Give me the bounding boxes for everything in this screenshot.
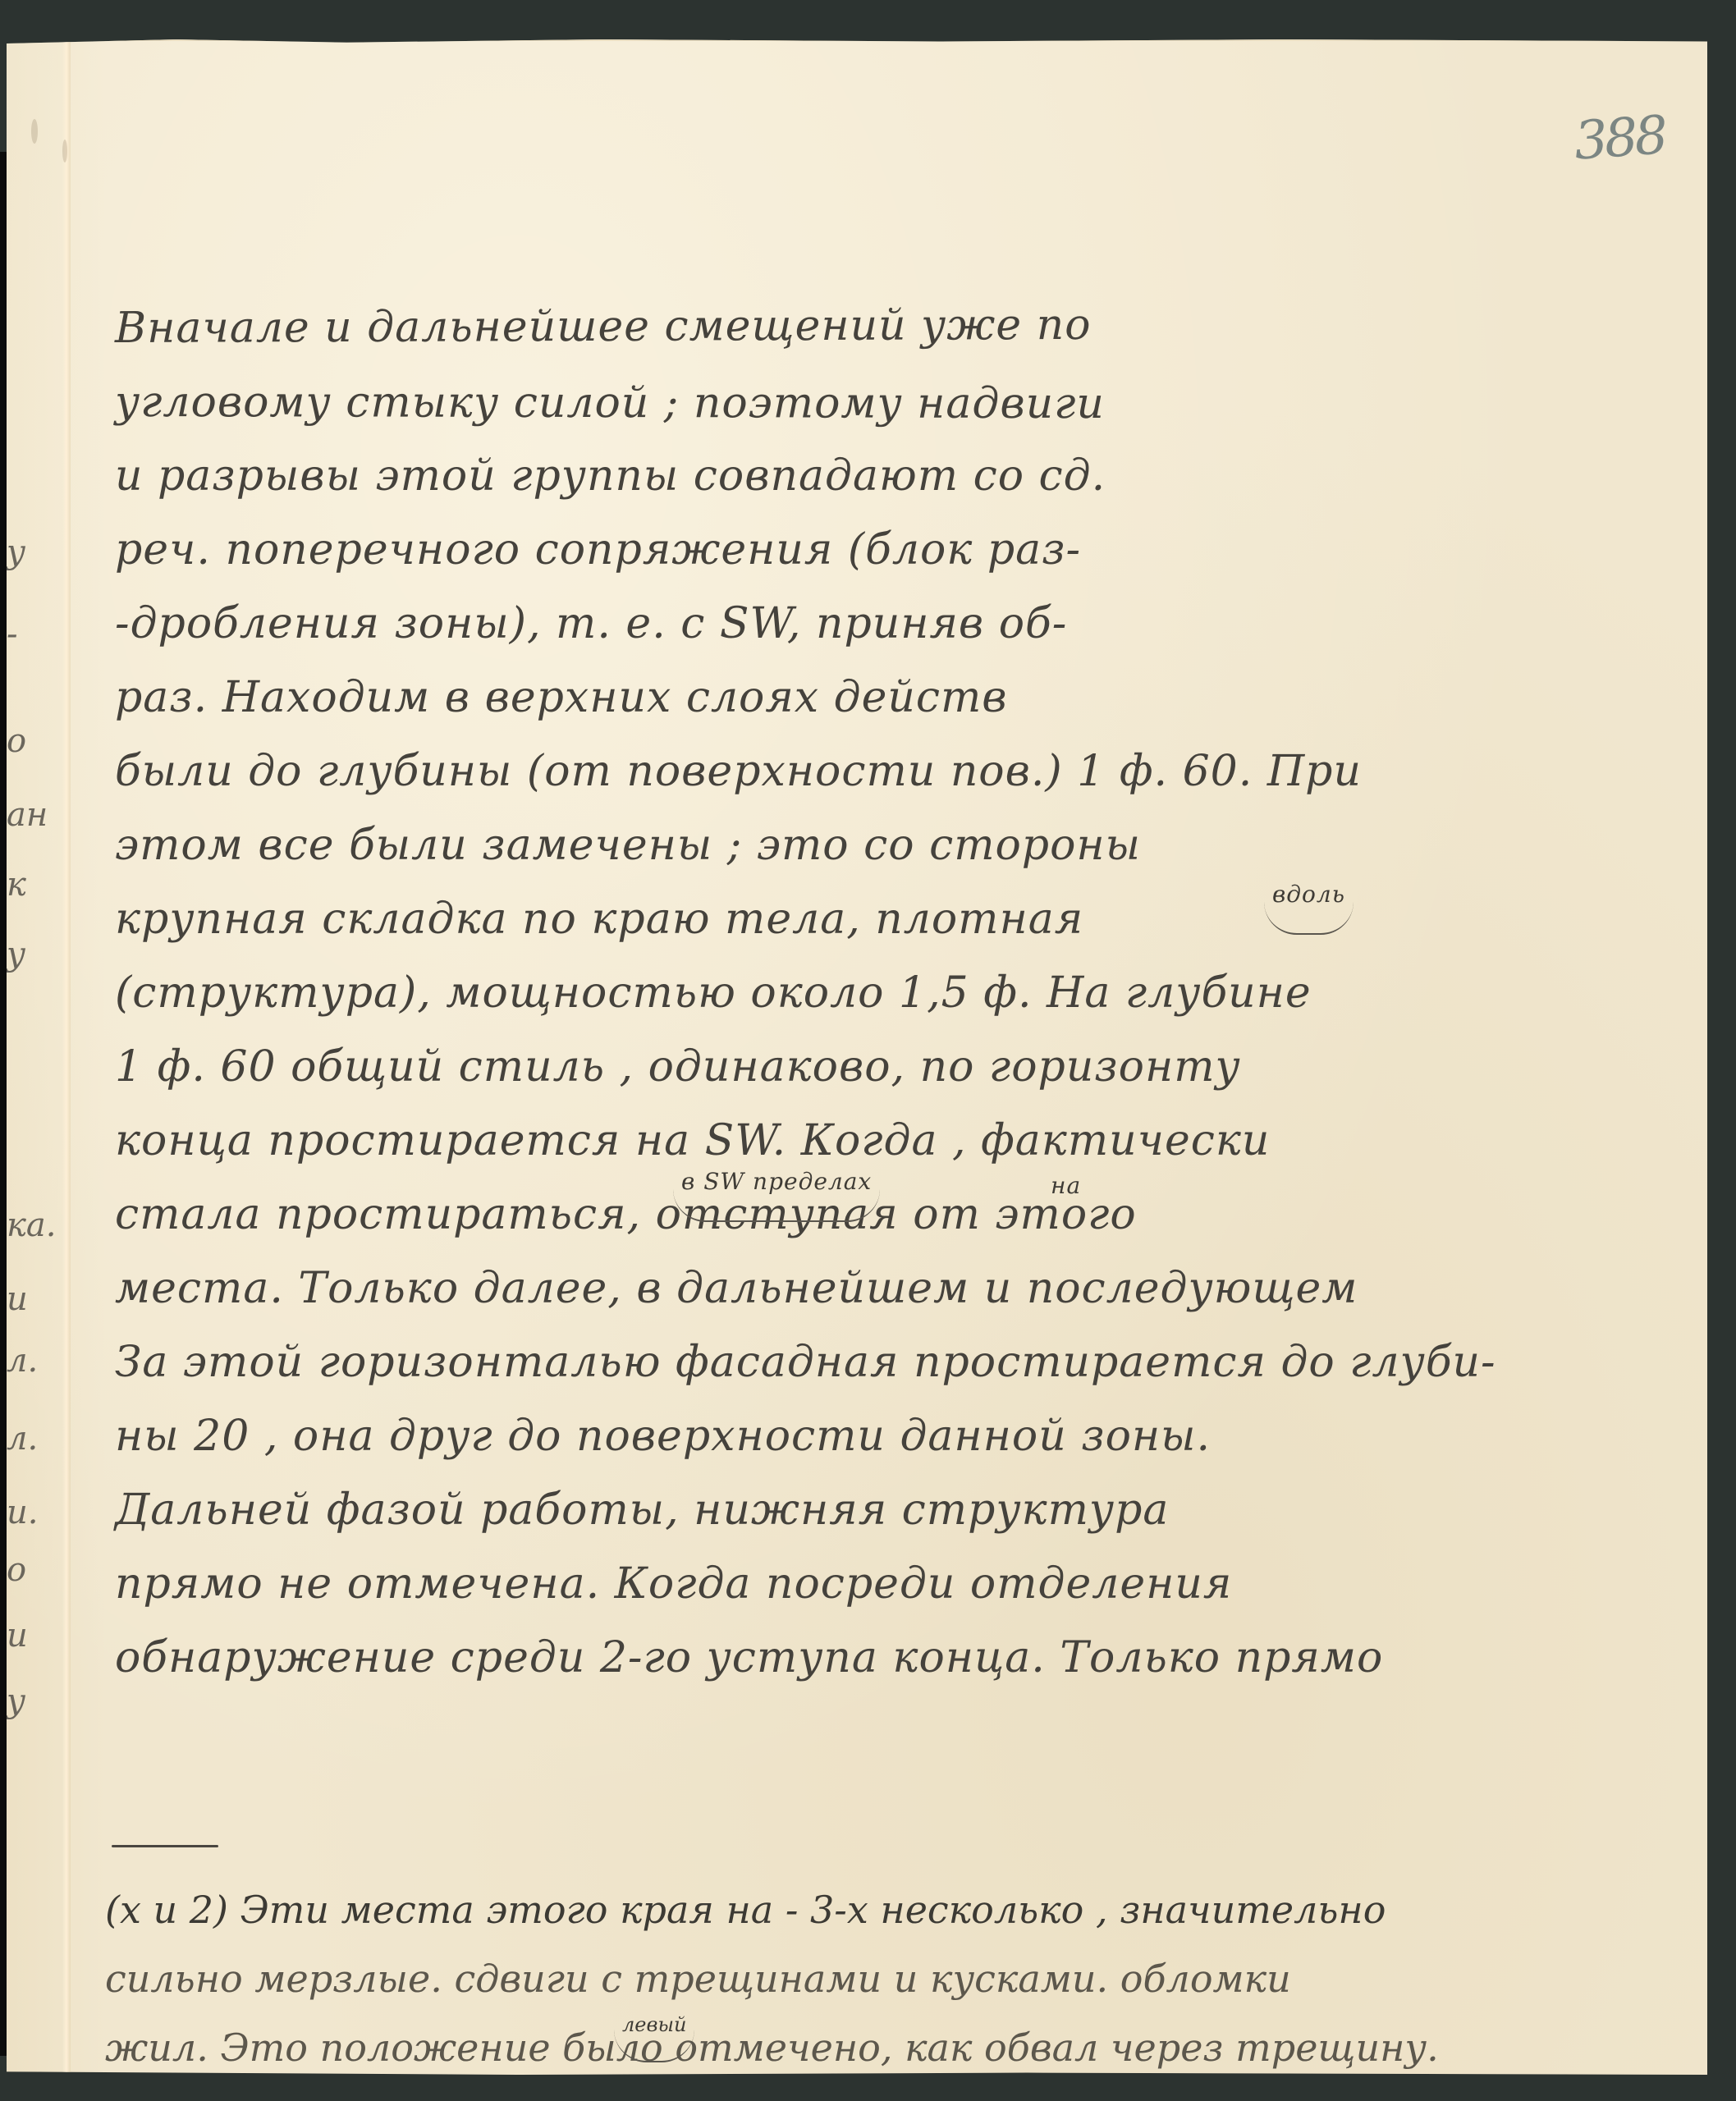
text-line: прямо не отмечена. Когда посреди отделен… <box>115 1547 1674 1621</box>
text-line: ны 20 , она друг до поверхности данной з… <box>115 1399 1674 1473</box>
interlinear-insertion: левый <box>614 1990 694 2062</box>
text-line: Вначале и дальнейшее смещений уже по <box>115 286 1674 365</box>
text-line: этом все были замечены ; это со стороны <box>115 808 1674 882</box>
footnote-line-content: жил. Это положение было отмечено, как об… <box>105 2025 1439 2070</box>
margin-fragment: л. <box>7 1342 38 1380</box>
margin-fragment: к <box>7 866 26 904</box>
footnotes: (x и 2) Эти места этого края на - 3-х не… <box>105 1875 1706 2082</box>
interlinear-insertion: в SW пределах <box>673 1145 880 1222</box>
ink-spot <box>62 140 67 162</box>
interlinear-insertion: вдоль <box>1264 858 1354 935</box>
footnote-line: жил. Это положение было отмечено, как об… <box>105 2013 1706 2082</box>
text-line: крупная складка по краю тела, плотная вд… <box>115 882 1674 956</box>
text-line: Дальней фазой работы, нижняя структура <box>115 1473 1674 1547</box>
previous-page-margin: у - о ан к у ка. и л. л. и. о и у <box>7 41 62 2075</box>
footnote-line: (x и 2) Эти места этого края на - 3-х не… <box>105 1875 1706 1944</box>
margin-fragment: о <box>7 1551 26 1589</box>
text-line: раз. Находим в верхних слоях действ <box>115 661 1674 735</box>
text-line: За этой горизонталью фасадная простирает… <box>115 1325 1674 1399</box>
margin-fragment: ан <box>7 796 48 834</box>
text-line: реч. поперечного сопряжения (блок раз- <box>115 513 1674 587</box>
text-line: конца простирается на SW. Когда , фактич… <box>115 1104 1674 1178</box>
page-fold <box>62 41 71 2075</box>
margin-fragment: - <box>7 616 18 653</box>
margin-fragment: ка. <box>7 1206 56 1244</box>
text-line: (структура), мощностью около 1,5 ф. На г… <box>115 956 1674 1030</box>
margin-fragment: и <box>7 1617 28 1655</box>
margin-fragment: о <box>7 722 26 760</box>
text-line: обнаружение среди 2-го уступа конца. Тол… <box>115 1621 1674 1695</box>
manuscript-body: Вначале и дальнейшее смещений уже по угл… <box>115 291 1674 1695</box>
margin-fragment: и. <box>7 1494 38 1531</box>
margin-fragment: у <box>7 533 25 571</box>
margin-fragment: л. <box>7 1420 38 1458</box>
text-line-content: стала простираться, отступая от этого <box>115 1190 1137 1239</box>
text-line-content: крупная складка по краю тела, плотная <box>115 895 1083 944</box>
text-line: -дробления зоны), т. е. с SW, приняв об- <box>115 587 1674 661</box>
interlinear-insertion: на <box>1042 1149 1089 1224</box>
margin-fragment: у <box>7 936 25 973</box>
text-line: стала простираться, отступая от этого в … <box>115 1178 1674 1252</box>
text-line: 1 ф. 60 общий стиль , одинаково, по гори… <box>115 1030 1674 1104</box>
page-number: 388 <box>1573 105 1667 172</box>
margin-fragment: у <box>7 1682 25 1720</box>
text-line: угловому стыку силой ; поэтому надвиги <box>115 365 1674 442</box>
margin-fragment: и <box>7 1280 28 1318</box>
text-line: места. Только далее, в дальнейшем и посл… <box>115 1252 1674 1325</box>
footnote-line: сильно мерзлые. сдвиги с трещинами и кус… <box>105 1944 1706 2013</box>
text-line: и разрывы этой группы совпадают со сд. <box>115 439 1674 513</box>
text-line: были до глубины (от поверхности пов.) 1 … <box>115 735 1674 808</box>
paper-sheet: у - о ан к у ка. и л. л. и. о и у 388 Вн… <box>7 39 1707 2075</box>
ink-spot <box>31 119 38 144</box>
scan-edge <box>0 152 7 2056</box>
footnote-separator <box>112 1845 218 1847</box>
scanned-page: у - о ан к у ка. и л. л. и. о и у 388 Вн… <box>0 0 1736 2101</box>
